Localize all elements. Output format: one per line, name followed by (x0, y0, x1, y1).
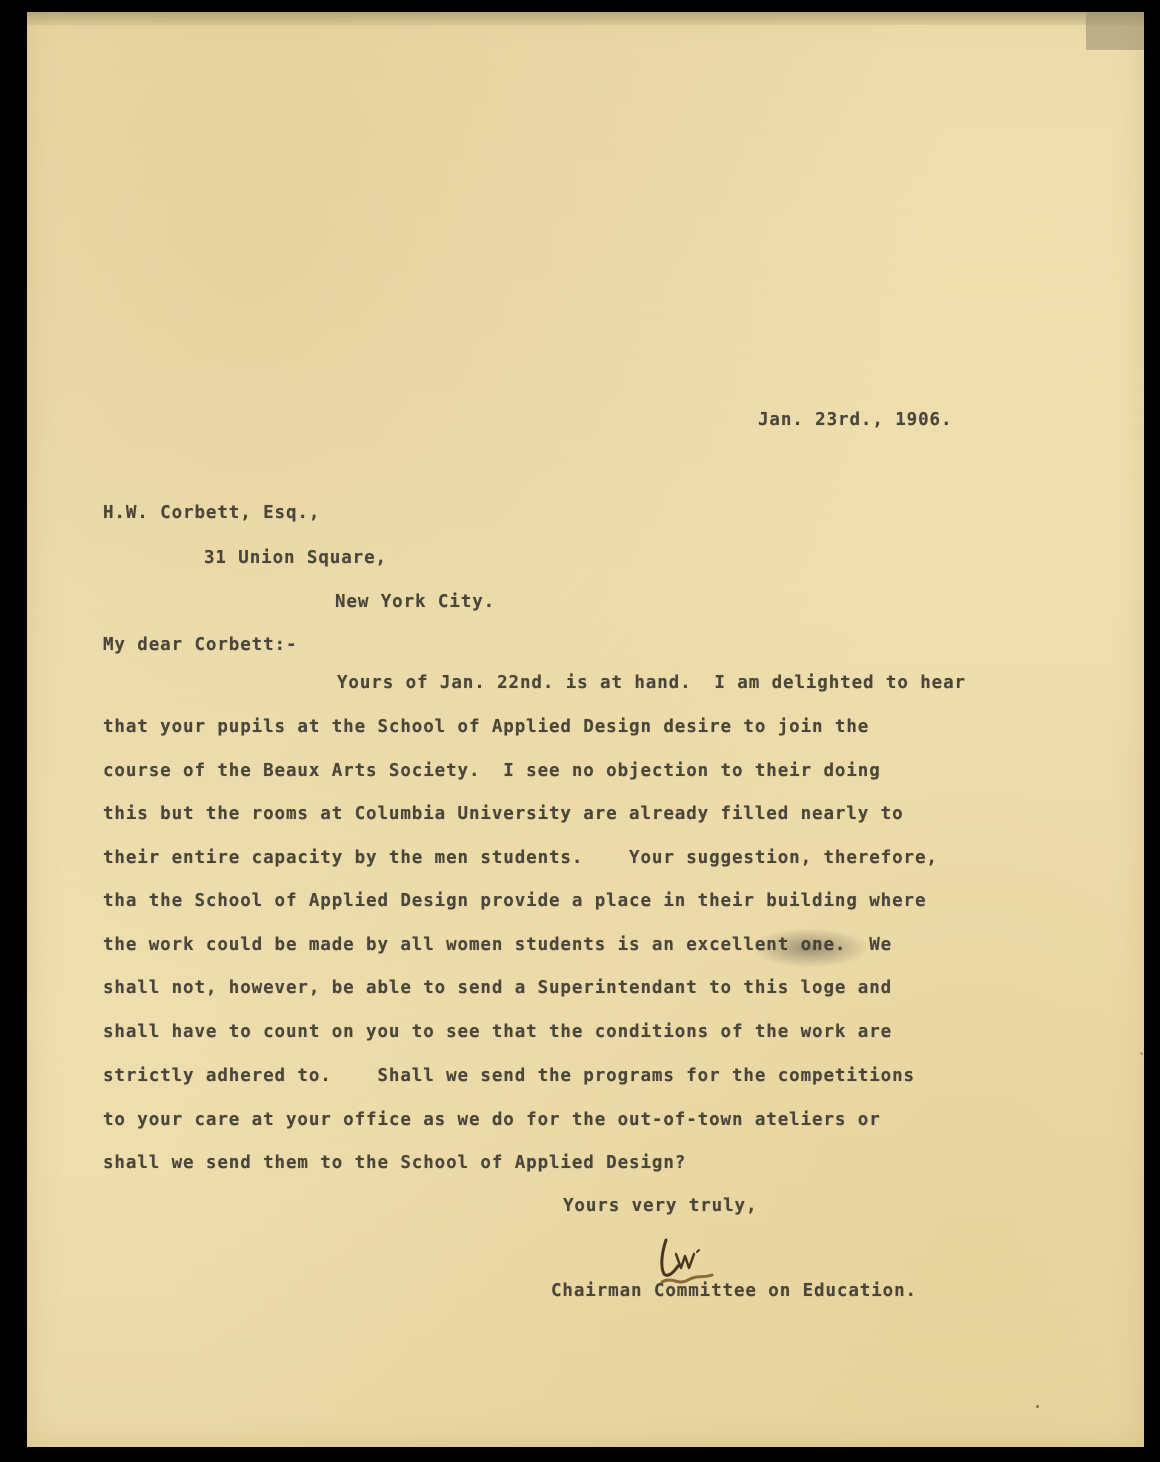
recipient-city: New York City. (335, 594, 495, 612)
letter-date: Jan. 23rd., 1906. (758, 412, 952, 430)
paper-top-shadow (27, 12, 1144, 25)
body-line: strictly adhered to. Shall we send the p… (103, 1068, 915, 1086)
paper-speck (1036, 1405, 1039, 1408)
body-line: course of the Beaux Arts Society. I see … (103, 763, 881, 781)
body-line: tha the School of Applied Design provide… (103, 893, 926, 911)
body-line: Yours of Jan. 22nd. is at hand. I am del… (337, 675, 966, 693)
body-line: to your care at your office as we do for… (103, 1112, 881, 1130)
body-line: shall we send them to the School of Appl… (103, 1155, 686, 1173)
salutation: My dear Corbett:- (103, 637, 297, 655)
body-line: this but the rooms at Columbia Universit… (103, 806, 904, 824)
ink-smudge (750, 928, 870, 968)
paper-corner-mark (1086, 12, 1144, 50)
body-line: that your pupils at the School of Applie… (103, 719, 869, 737)
letter-closing: Yours very truly, (563, 1198, 757, 1216)
body-line: shall not, however, be able to send a Su… (103, 980, 892, 998)
body-line: their entire capacity by the men student… (103, 850, 938, 868)
recipient-name: H.W. Corbett, Esq., (103, 505, 320, 523)
paper-speck (1140, 1052, 1143, 1055)
body-line: shall have to count on you to see that t… (103, 1024, 892, 1042)
signature-title: Chairman Committee on Education. (551, 1283, 917, 1301)
recipient-street: 31 Union Square, (204, 550, 387, 568)
